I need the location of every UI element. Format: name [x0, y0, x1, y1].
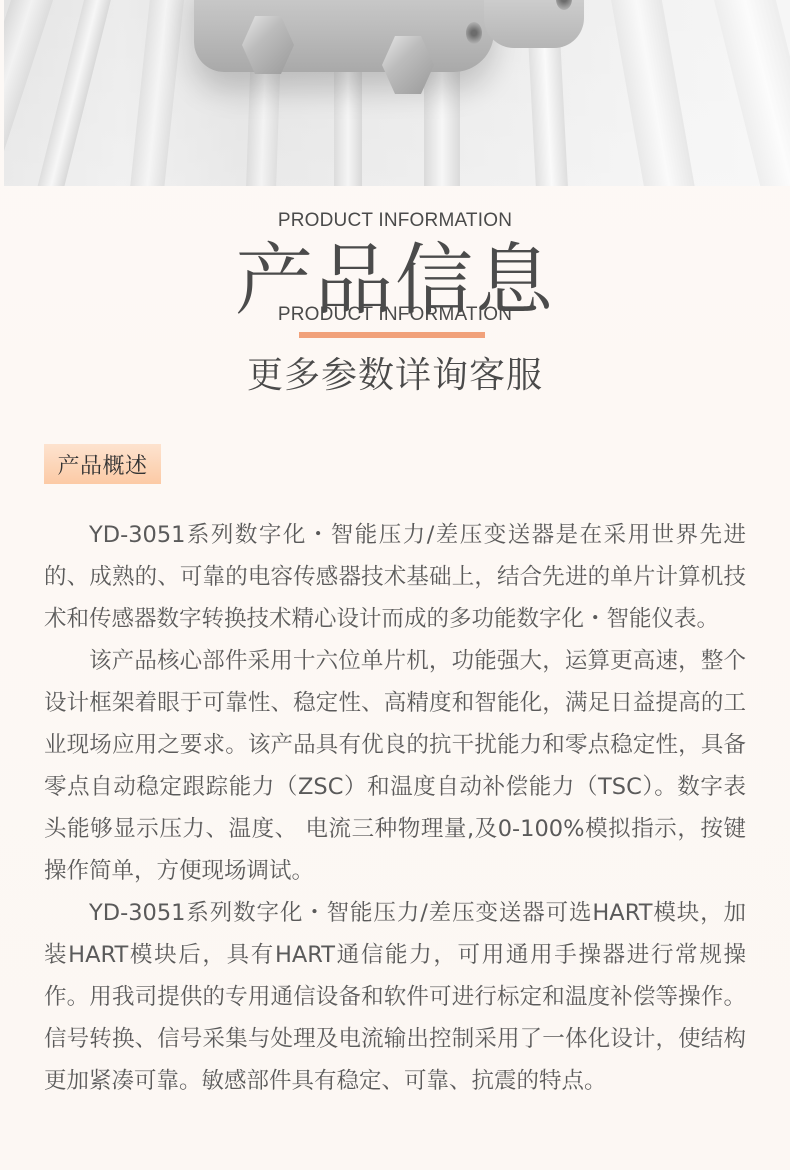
transmitter-device-graphic [194, 0, 594, 110]
title-english-overlay: PRODUCT INFORMATION [0, 304, 790, 326]
overview-content: YD-3051系列数字化・智能压力/差压变送器是在采用世界先进的、成熟的、可靠的… [44, 514, 746, 1102]
threaded-port-icon [466, 22, 482, 44]
paragraph: 该产品核心部件采用十六位单片机，功能强大，运算更高速，整个设计框架着眼于可靠性、… [44, 640, 746, 892]
paragraph: YD-3051系列数字化・智能压力/差压变送器可选HART模块，加装HART模块… [44, 892, 746, 1102]
page-subtitle: 更多参数详询客服 [0, 352, 790, 400]
pipe-graphic [123, 0, 188, 186]
product-info-page: PRODUCT INFORMATION 产品信息 PRODUCT INFORMA… [0, 0, 790, 1170]
paragraph: YD-3051系列数字化・智能压力/差压变送器是在采用世界先进的、成熟的、可靠的… [44, 514, 746, 640]
section-label-text: 产品概述 [57, 449, 147, 480]
title-english-top: PRODUCT INFORMATION [0, 210, 790, 232]
device-body [194, 0, 494, 72]
pipe-graphic [604, 0, 705, 186]
section-label-overview: 产品概述 [44, 444, 161, 484]
accent-divider [299, 332, 485, 338]
pipe-graphic [704, 0, 790, 186]
hero-product-image [4, 0, 790, 186]
